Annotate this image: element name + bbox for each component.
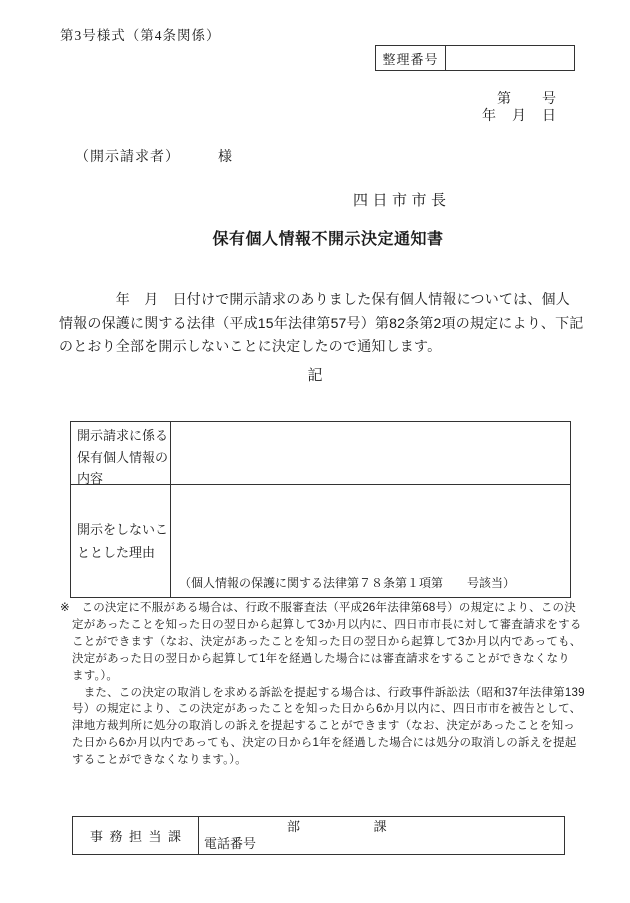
- label-line: 保有個人情報の: [77, 447, 170, 469]
- reference-number-label: 整理番号: [376, 46, 446, 70]
- body-paragraph: 年 月 日付けで開示請求のありました保有個人情報については、個人 情報の保護に関…: [59, 288, 577, 359]
- footnote-line: ※ この決定に不服がある場合は、行政不服審査法（平成26年法律第68号）の規定に…: [60, 600, 576, 617]
- footnote-line: ます。）。: [60, 668, 576, 685]
- reference-number-value: [446, 46, 574, 70]
- section-suffix: 課: [374, 817, 387, 837]
- body-line: 年 月 日付けで開示請求のありました保有個人情報については、個人: [59, 288, 577, 312]
- decision-table-row2-value: （個人情報の保護に関する法律第７８条第１項第 号該当）: [171, 485, 570, 597]
- appeal-footnote: ※ この決定に不服がある場合は、行政不服審査法（平成26年法律第68号）の規定に…: [60, 600, 576, 769]
- contact-division-label: 事務担当課: [73, 817, 199, 854]
- form-number: 第3号様式（第4条関係）: [60, 24, 221, 44]
- decision-table-row2-label: 開示をしないこ ととした理由: [71, 485, 171, 597]
- contact-detail-cell: 部 課 電話番号: [199, 817, 564, 854]
- decision-table-row1-label: 開示請求に係る 保有個人情報の 内容: [71, 422, 171, 485]
- department-suffix: 部: [287, 817, 300, 837]
- contact-division-label-text: 事務担当課: [90, 826, 188, 845]
- legal-note: （個人情報の保護に関する法律第７８条第１項第 号該当）: [179, 574, 570, 591]
- footnote-line: ことができます（なお、決定があったことを知った日の翌日から起算して3か月以内であ…: [60, 634, 576, 651]
- body-line: 情報の保護に関する法律（平成15年法律第57号）第82条第2項の規定により、下記: [59, 312, 577, 336]
- footnote-line: 定があったことを知った日の翌日から起算して3か月以内に、四日市市長に対して審査請…: [60, 617, 576, 634]
- footnote-line: 号）の規定により、この決定があったことを知った日から6か月以内に、四日市市を被告…: [60, 701, 576, 718]
- contact-phone-line: 電話番号: [199, 836, 564, 854]
- label-line: ととした理由: [77, 541, 170, 564]
- decision-table-row1-value: [171, 422, 570, 485]
- sender-name: 四日市市長: [353, 189, 451, 210]
- footnote-line: また、この決定の取消しを求める訴訟を提起する場合は、行政事件訴訟法（昭和37年法…: [60, 685, 576, 702]
- notice-document-page: 第3号様式（第4条関係） 整理番号 第 号 年 月 日 （開示請求者） 様 四日…: [0, 0, 630, 903]
- reference-number-table: 整理番号: [375, 45, 575, 71]
- section-marker-ki: 記: [0, 364, 630, 385]
- phone-label: 電話番号: [204, 836, 256, 851]
- contact-department-line: 部 課: [199, 817, 564, 836]
- document-date-line: 年 月 日: [482, 105, 557, 125]
- document-title: 保有個人情報不開示決定通知書: [0, 226, 630, 249]
- body-line: のとおり全部を開示しないことに決定したので通知します。: [59, 335, 577, 359]
- addressee-line: （開示請求者） 様: [75, 146, 233, 166]
- label-line: 開示請求に係る: [77, 425, 170, 447]
- contact-table: 事務担当課 部 課 電話番号: [72, 816, 565, 855]
- footnote-line: 津地方裁判所に処分の取消しの訴えを提起することができます（なお、決定があったこと…: [60, 718, 576, 735]
- footnote-line: た日から6か月以内であっても、決定の日から1年を経過した場合には処分の取消しの訴…: [60, 735, 576, 752]
- decision-table: 開示請求に係る 保有個人情報の 内容 開示をしないこ ととした理由 （個人情報の…: [70, 421, 571, 598]
- footnote-line: することができなくなります。）。: [60, 752, 576, 769]
- label-line: 開示をしないこ: [77, 518, 170, 541]
- footnote-line: 決定があった日の翌日から起算して1年を経過した場合には審査請求をすることができな…: [60, 651, 576, 668]
